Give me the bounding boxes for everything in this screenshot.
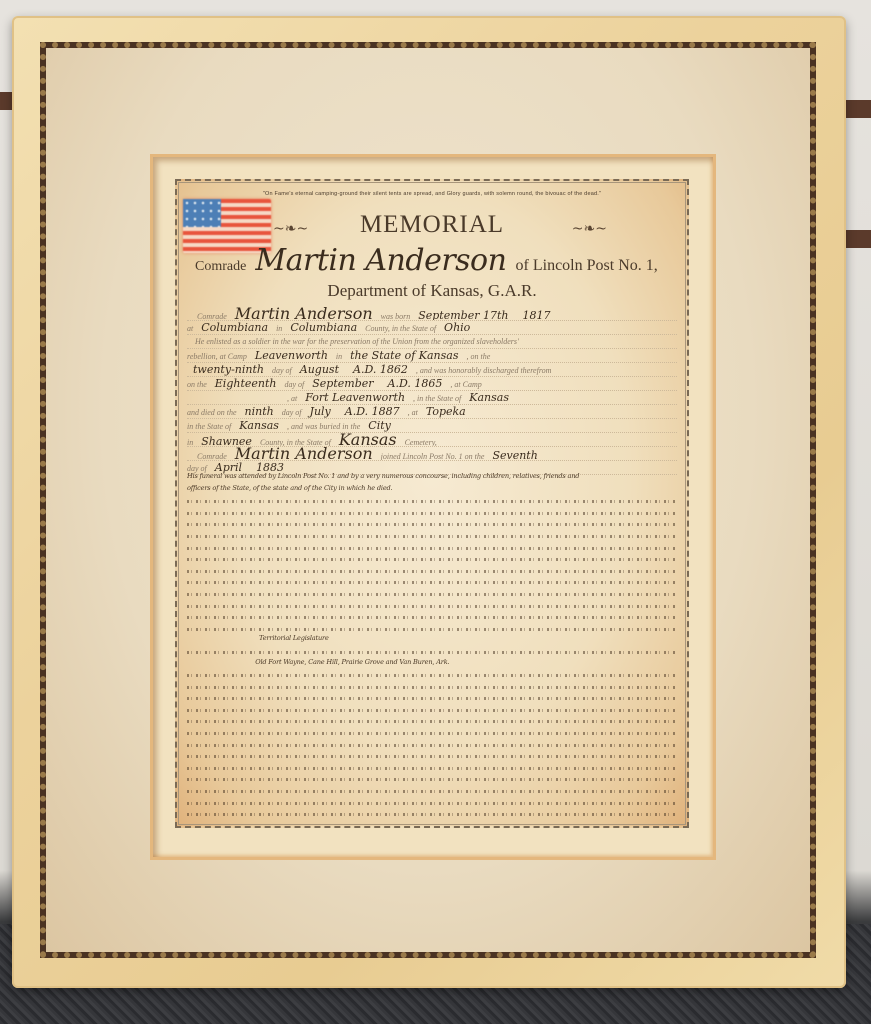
label: County, in the State of bbox=[260, 438, 331, 447]
label: , at bbox=[408, 408, 418, 417]
body-line: Territorial Legislature bbox=[187, 633, 677, 645]
fill-died-state: Kansas bbox=[239, 419, 279, 432]
fill-died-month: July bbox=[310, 405, 331, 418]
fill-died-year: A.D. 1887 bbox=[345, 405, 400, 418]
label: in bbox=[276, 324, 282, 333]
fill-born-name: Martin Anderson bbox=[235, 307, 373, 321]
form-line-buried: in Shawnee County, in the State of Kansa… bbox=[187, 433, 677, 447]
fill-discharge-year: A.D. 1865 bbox=[388, 377, 443, 390]
label: , at Camp bbox=[450, 380, 481, 389]
form-line-born: Comrade Martin Anderson was born Septemb… bbox=[187, 307, 677, 321]
fill-enlist-day: twenty-ninth bbox=[193, 363, 264, 376]
body-line bbox=[187, 541, 677, 553]
document-title: MEMORIAL bbox=[177, 211, 687, 239]
mat-board: "On Fame's eternal camping-ground their … bbox=[46, 48, 810, 952]
label: Comrade bbox=[197, 312, 227, 321]
label: , in the State of bbox=[413, 394, 461, 403]
body-line bbox=[187, 622, 677, 634]
fragment-fort-wayne: Old Fort Wayne bbox=[255, 658, 304, 666]
fragment-territorial-legislature: Territorial Legislature bbox=[259, 634, 329, 642]
label: Cemetery, bbox=[405, 438, 437, 447]
label: , at bbox=[287, 394, 297, 403]
label: day of bbox=[282, 408, 302, 417]
frame-bead-molding: "On Fame's eternal camping-ground their … bbox=[40, 42, 816, 958]
label: and died on the bbox=[187, 408, 237, 417]
label: Comrade bbox=[197, 452, 227, 461]
body-line bbox=[187, 494, 677, 506]
body-line bbox=[187, 726, 677, 738]
body-line bbox=[187, 529, 677, 541]
handwritten-obituary: His funeral was attended by Lincoln Post… bbox=[187, 471, 677, 816]
body-line bbox=[187, 564, 677, 576]
mat-window: "On Fame's eternal camping-ground their … bbox=[150, 154, 716, 860]
fill-enlist-month: August bbox=[300, 363, 339, 376]
body-line bbox=[187, 575, 677, 587]
body-line bbox=[187, 506, 677, 518]
fill-born-year: 1817 bbox=[522, 309, 550, 321]
department-line: Department of Kansas, G.A.R. bbox=[177, 281, 687, 301]
body-line bbox=[187, 691, 677, 703]
label: joined Lincoln Post No. 1 on the bbox=[381, 452, 485, 461]
form-line-died-state: in the State of Kansas , and was buried … bbox=[187, 419, 677, 433]
form-line-died: and died on the ninth day of July A.D. 1… bbox=[187, 405, 677, 419]
body-line bbox=[187, 761, 677, 773]
body-line bbox=[187, 552, 677, 564]
fragment-cane-hill: Cane Hill bbox=[308, 658, 338, 666]
body-line bbox=[187, 680, 677, 692]
label: in bbox=[187, 438, 193, 447]
fill-born-date: September 17th bbox=[418, 309, 508, 321]
fill-buried-state: Kansas bbox=[339, 433, 397, 447]
picture-frame: "On Fame's eternal camping-ground their … bbox=[12, 16, 846, 988]
label: County, in the State of bbox=[365, 324, 436, 333]
fill-died-place: Topeka bbox=[426, 405, 466, 418]
service-record-form: Comrade Martin Anderson was born Septemb… bbox=[187, 307, 677, 475]
flourish-right-icon: ~❧~ bbox=[572, 221, 607, 237]
body-line bbox=[187, 587, 677, 599]
body-line bbox=[187, 599, 677, 611]
label: , and was honorably discharged therefrom bbox=[416, 366, 552, 375]
fill-enlist-state: the State of Kansas bbox=[350, 349, 458, 362]
fill-born-state: Ohio bbox=[444, 321, 470, 334]
fill-joined-day: Seventh bbox=[492, 449, 537, 461]
body-line bbox=[187, 645, 677, 657]
body-line bbox=[187, 517, 677, 529]
fragment-prairie-grove: Prairie Grove and Van Buren, Ark. bbox=[341, 658, 449, 666]
body-line bbox=[187, 610, 677, 622]
body-line: Old Fort Wayne, Cane Hill, Prairie Grove… bbox=[187, 657, 677, 669]
fill-enlist-camp: Leavenworth bbox=[255, 349, 328, 362]
fill-joined-name: Martin Anderson bbox=[235, 447, 373, 461]
label: , on the bbox=[467, 352, 491, 361]
label: was born bbox=[381, 312, 411, 321]
fill-died-day: ninth bbox=[245, 405, 274, 418]
fill-cemetery: City bbox=[368, 419, 391, 432]
post-label: of Lincoln Post No. 1, bbox=[516, 257, 658, 274]
body-line bbox=[187, 807, 677, 819]
body-line: His funeral was attended by Lincoln Post… bbox=[187, 471, 677, 483]
body-line: officers of the State, of the state and … bbox=[187, 483, 677, 495]
body-line bbox=[187, 772, 677, 784]
label: at bbox=[187, 324, 193, 333]
form-line-joined: Comrade Martin Anderson joined Lincoln P… bbox=[187, 447, 677, 461]
body-line bbox=[187, 738, 677, 750]
memorial-certificate: "On Fame's eternal camping-ground their … bbox=[175, 179, 689, 828]
label: on the bbox=[187, 380, 207, 389]
form-line-camp: rebellion, at Camp Leavenworth in the St… bbox=[187, 349, 677, 363]
label: in the State of bbox=[187, 422, 231, 431]
fill-born-place: Columbiana bbox=[201, 321, 268, 334]
form-line-enlist-date: twenty-ninth day of August A.D. 1862 , a… bbox=[187, 363, 677, 377]
label: rebellion, at Camp bbox=[187, 352, 247, 361]
form-line-enlisted: He enlisted as a soldier in the war for … bbox=[187, 335, 677, 349]
fill-discharge-state: Kansas bbox=[469, 391, 509, 404]
label: in bbox=[336, 352, 342, 361]
fill-discharge-month: September bbox=[312, 377, 373, 390]
honoree-line: Comrade Martin Anderson of Lincoln Post … bbox=[195, 243, 677, 278]
label: He enlisted as a soldier in the war for … bbox=[195, 337, 519, 346]
honoree-name: Martin Anderson bbox=[255, 243, 506, 278]
comrade-label: Comrade bbox=[195, 259, 246, 274]
body-line bbox=[187, 714, 677, 726]
form-line-discharge-place: , at Fort Leavenworth , in the State of … bbox=[187, 391, 677, 405]
label: day of bbox=[272, 366, 292, 375]
body-line bbox=[187, 796, 677, 808]
fill-discharge-camp: Fort Leavenworth bbox=[305, 391, 405, 404]
body-line bbox=[187, 668, 677, 680]
form-line-discharge: on the Eighteenth day of September A.D. … bbox=[187, 377, 677, 391]
body-line bbox=[187, 749, 677, 761]
form-line-birthplace: at Columbiana in Columbiana County, in t… bbox=[187, 321, 677, 335]
fill-discharge-day: Eighteenth bbox=[215, 377, 277, 390]
body-line bbox=[187, 784, 677, 796]
fill-born-county: Columbiana bbox=[290, 321, 357, 334]
label: , and was buried in the bbox=[287, 422, 360, 431]
fill-enlist-year: A.D. 1862 bbox=[353, 363, 408, 376]
epigraph: "On Fame's eternal camping-ground their … bbox=[177, 191, 687, 197]
label: day of bbox=[284, 380, 304, 389]
fill-buried-county: Shawnee bbox=[201, 435, 252, 447]
body-line bbox=[187, 703, 677, 715]
